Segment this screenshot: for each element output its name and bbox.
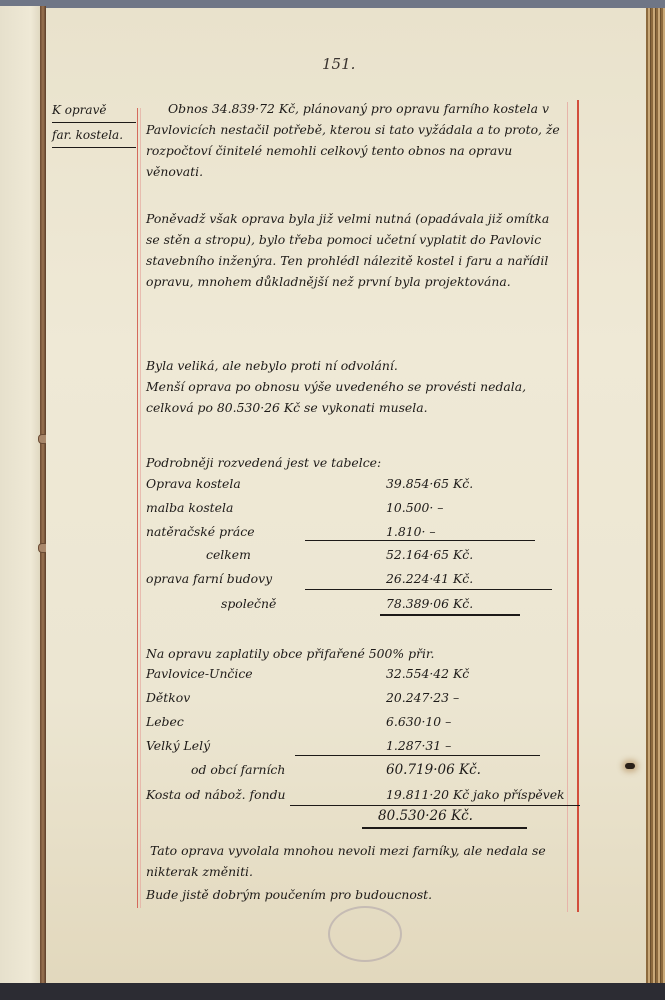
table-row: malba kostela 10.500· – [146, 500, 566, 522]
table-row: Velký Lelý 1.287·31 – [146, 738, 566, 760]
table-row: natěračské práce 1.810· – [146, 524, 566, 546]
sum-rule [290, 805, 580, 806]
sum-rule [305, 589, 552, 590]
row-value: 10.500· – [386, 500, 443, 515]
row-label: Velký Lelý [146, 738, 210, 753]
left-margin-line [137, 108, 138, 908]
table-row: od obcí farních 60.719·06 Kč. [146, 762, 566, 784]
row-label: malba kostela [146, 500, 233, 515]
paragraph: Byla veliká, ale nebylo proti ní odvolán… [146, 355, 564, 376]
margin-heading-line: far. kostela. [52, 123, 136, 148]
row-label: společně [221, 596, 276, 611]
table-row: Pavlovice-Unčice 32.554·42 Kč [146, 666, 566, 688]
row-value: 20.247·23 – [386, 690, 459, 705]
row-value: 26.224·41 Kč. [386, 571, 473, 586]
paragraph: Poněvadž však oprava byla již velmi nutn… [146, 208, 564, 292]
page-stack-edge [646, 8, 665, 983]
table-row: Lebec 6.630·10 – [146, 714, 566, 736]
row-value: 60.719·06 Kč. [386, 762, 481, 778]
table-caption: Podrobněji rozvedená jest ve tabelce: [146, 452, 564, 473]
table-row: celkem 52.164·65 Kč. [146, 547, 566, 569]
row-label: natěračské práce [146, 524, 255, 539]
right-margin-line-faint [567, 102, 568, 912]
closing-paragraph: Tato oprava vyvolala mnohou nevoli mezi … [146, 840, 564, 882]
paragraph: Obnos 34.839·72 Kč, plánovaný pro opravu… [146, 98, 564, 182]
sum-rule [295, 755, 540, 756]
row-value: 19.811·20 Kč jako příspěvek [386, 787, 565, 802]
row-label: Kosta od nábož. fondu [146, 787, 285, 802]
row-value: 1.810· – [386, 524, 436, 539]
page-number: 151. [322, 55, 355, 73]
left-margin-line-faint [140, 108, 141, 908]
row-value: 6.630·10 – [386, 714, 451, 729]
row-label: oprava farní budovy [146, 571, 272, 586]
row-label: Pavlovice-Unčice [146, 666, 253, 681]
sum-rule [305, 540, 535, 541]
ink-stain [625, 763, 635, 769]
table-row: Dětkov 20.247·23 – [146, 690, 566, 712]
row-value: 80.530·26 Kč. [378, 808, 473, 824]
row-label: Lebec [146, 714, 184, 729]
archive-stamp-icon [328, 906, 402, 962]
closing-paragraph: Bude jistě dobrým poučením pro budoucnos… [146, 884, 564, 905]
total-rule [362, 827, 527, 829]
row-value: 78.389·06 Kč. [386, 596, 473, 611]
table-row: Oprava kostela 39.854·65 Kč. [146, 476, 566, 498]
row-value: 1.287·31 – [386, 738, 451, 753]
total-rule [380, 614, 520, 616]
payment-intro: Na opravu zaplatily obce přifařené 500% … [146, 643, 564, 664]
paragraph: Menší oprava po obnosu výše uvedeného se… [146, 376, 564, 418]
row-label: od obcí farních [191, 762, 285, 777]
row-value: 52.164·65 Kč. [386, 547, 473, 562]
row-label: Dětkov [146, 690, 190, 705]
margin-heading-line: K opravě [52, 98, 136, 123]
row-value: 32.554·42 Kč [386, 666, 469, 681]
left-page-edge [0, 6, 44, 986]
row-label: Oprava kostela [146, 476, 241, 491]
row-label: celkem [206, 547, 251, 562]
margin-heading: K opravě far. kostela. [52, 98, 136, 148]
right-margin-line [577, 100, 579, 912]
background-bottom [0, 983, 665, 1000]
row-value: 39.854·65 Kč. [386, 476, 473, 491]
